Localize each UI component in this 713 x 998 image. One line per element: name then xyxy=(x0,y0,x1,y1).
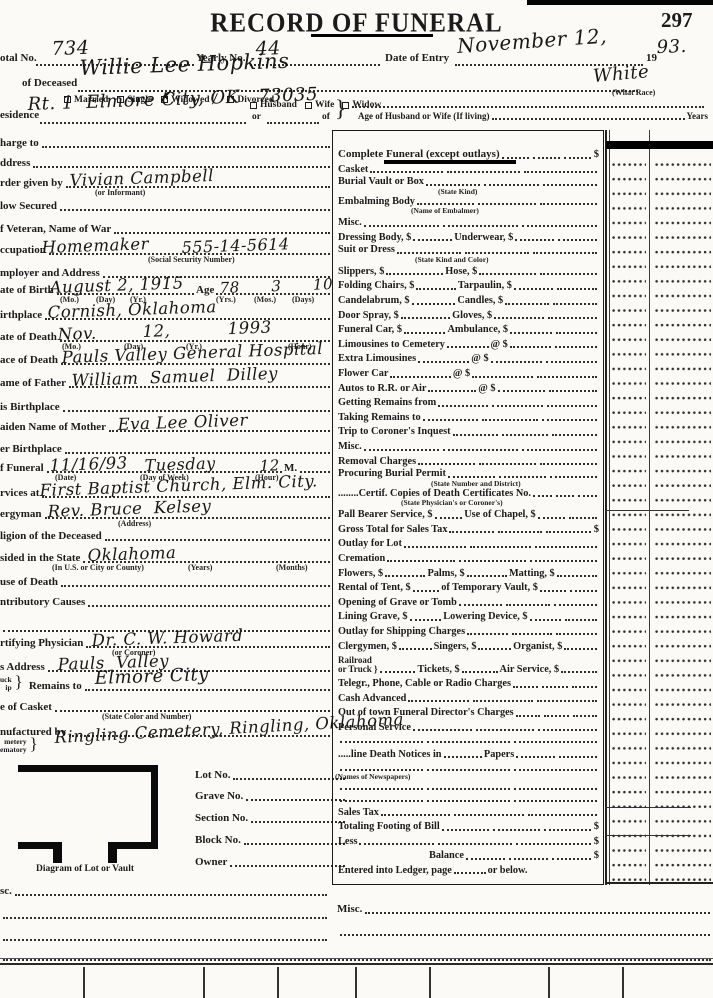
dotted-line xyxy=(390,376,450,378)
dotted-line xyxy=(61,585,330,587)
charge-item-label: Getting Remains from xyxy=(338,397,436,408)
dotted-line xyxy=(494,317,543,319)
column-rule xyxy=(605,130,607,885)
field-label: f Funeral xyxy=(0,462,44,474)
form-row xyxy=(0,907,327,920)
dotted-line xyxy=(522,449,597,451)
dotted-line xyxy=(397,252,461,254)
form-row: f Veteran, Name of War xyxy=(0,222,330,235)
charge-item-label: or below. xyxy=(488,865,528,876)
dotted-line xyxy=(359,843,433,845)
dotted-line xyxy=(557,288,597,290)
field-label: ate of Death xyxy=(0,331,57,343)
charge-item-row: Flower Car @ $ xyxy=(333,364,603,379)
charge-item-row: Pall Bearer Service, $ Use of Chapel, $ xyxy=(333,506,603,521)
diagram-line xyxy=(53,842,62,863)
blacked-out-amount-bar xyxy=(606,141,713,149)
field-label: rder given by xyxy=(0,177,63,189)
charge-item-row: Slippers, $ Hose, $ xyxy=(333,262,603,277)
dotted-line xyxy=(502,434,547,436)
charge-item-row xyxy=(333,779,603,791)
charge-item-label: Removal Charges xyxy=(338,456,416,467)
dotted-line xyxy=(467,575,507,577)
charge-item-label: Outlay for Shipping Charges xyxy=(338,626,465,637)
charge-item-row: Autos to R.R. or Air @ $ xyxy=(333,379,603,394)
dotted-line xyxy=(364,225,439,227)
checkbox-icon xyxy=(250,102,257,109)
charge-item-label: Suit or Dress xyxy=(338,244,395,255)
dotted-line xyxy=(267,122,319,124)
handwritten-value: Tuesday xyxy=(144,454,216,475)
dotted-line xyxy=(444,756,482,758)
dotted-line xyxy=(543,184,597,186)
form-row: ntributory Causes xyxy=(0,595,330,608)
charge-item-row: Gross Total for Sales Tax $ xyxy=(333,520,603,535)
field-sublabel: (State Color and Number) xyxy=(102,712,191,721)
dotted-line xyxy=(569,517,597,519)
charge-item-row: Misc. xyxy=(333,214,603,229)
charge-item-label: Flowers, $ xyxy=(338,568,383,579)
charge-item-label: Misc. xyxy=(338,217,362,228)
dotted-line xyxy=(537,376,597,378)
dotted-line xyxy=(427,800,510,802)
dotted-line xyxy=(476,729,535,731)
charge-item-label: Funeral Car, $ xyxy=(338,324,402,335)
dotted-line xyxy=(533,252,597,254)
dotted-line xyxy=(418,463,475,465)
remains-to-label: Remains to xyxy=(29,680,82,692)
form-row: ace of Death Pauls Valley General Hospit… xyxy=(0,353,330,366)
charge-item-label: Matting, $ xyxy=(509,568,555,579)
dotted-line xyxy=(510,346,552,348)
charge-item-label: Cash Advanced xyxy=(338,693,406,704)
dotted-line xyxy=(416,288,456,290)
dotted-line xyxy=(426,184,480,186)
column-rule xyxy=(609,130,610,885)
dotted-line xyxy=(513,686,538,688)
charge-item-row xyxy=(333,791,603,803)
dotted-line xyxy=(478,648,511,650)
dotted-line xyxy=(246,799,345,801)
race-sublabel: (What Race) xyxy=(612,88,655,97)
dotted-line xyxy=(544,715,568,717)
subtotal-rule xyxy=(605,807,691,808)
dollar-sign: $ xyxy=(594,149,599,160)
truck-ship-labels: uck ip xyxy=(0,676,12,692)
charge-item-label: Papers xyxy=(484,749,514,760)
charge-item-label: Flower Car xyxy=(338,368,388,379)
dotted-line xyxy=(478,203,535,205)
charge-item-row: Cremation xyxy=(333,549,603,564)
checkbox-icon xyxy=(305,102,312,109)
dotted-line xyxy=(514,741,597,743)
field-label: Grave No. xyxy=(195,790,243,802)
dotted-line xyxy=(443,225,518,227)
charge-item-label: Balance xyxy=(429,850,464,861)
checkbox-husband: Husband xyxy=(250,100,297,110)
charge-item-row: Taking Remains to xyxy=(333,408,603,423)
charge-item-label: Tarpaulin, $ xyxy=(458,280,512,291)
field-sublabel: (Address) xyxy=(118,519,151,528)
charge-item-label: Casket xyxy=(338,164,368,175)
charge-item-label: Candelabrum, $ xyxy=(338,295,410,306)
field-label: Misc. xyxy=(337,903,362,915)
charge-item-label: @ $ xyxy=(478,383,495,394)
title-underline xyxy=(311,34,433,37)
dotted-line xyxy=(558,239,597,241)
charge-item-row: Lining Grave, $ Lowering Device, $ xyxy=(333,608,603,623)
dotted-line xyxy=(230,865,345,867)
ledger-rule xyxy=(0,963,713,965)
field-sublabel: (Mos.) xyxy=(254,295,276,304)
dotted-line xyxy=(515,239,554,241)
dotted-line xyxy=(514,788,597,790)
charge-item-label: Organist, $ xyxy=(513,641,562,652)
dotted-line xyxy=(491,361,542,363)
charge-item-label: Door Spray, $ xyxy=(338,310,399,321)
charge-item-label: Slippers, $ xyxy=(338,266,384,277)
dotted-line xyxy=(516,756,554,758)
field-label: Owner xyxy=(195,856,227,868)
charge-item-label: Dressing Body, $ xyxy=(338,232,411,243)
charge-item-label: Air Service, $ xyxy=(500,664,560,675)
dotted-line xyxy=(479,463,536,465)
dotted-line xyxy=(544,829,591,831)
form-row: is Birthplace xyxy=(0,400,330,413)
dotted-line xyxy=(540,273,597,275)
dotted-line xyxy=(448,476,495,478)
charge-item-label: .....line Death Notices in xyxy=(338,749,442,760)
dotted-line xyxy=(505,303,549,305)
dotted-line xyxy=(3,917,327,919)
year-value: 93. xyxy=(656,36,687,58)
field-sublabel: (Yrs.) xyxy=(216,295,236,304)
form-row: irthplace Cornish, Oklahoma xyxy=(0,308,330,321)
charge-item-label: @ $ xyxy=(453,368,470,379)
charge-item-label: Underwear, $ xyxy=(454,232,513,243)
dotted-line xyxy=(340,934,710,936)
charge-item-label: Autos to R.R. or Air xyxy=(338,383,426,394)
dotted-line xyxy=(3,959,711,961)
dotted-line xyxy=(443,449,518,451)
dotted-line xyxy=(417,203,474,205)
charge-item-label: Folding Chairs, $ xyxy=(338,280,414,291)
charge-item-row: Getting Remains from xyxy=(333,394,603,409)
dotted-line xyxy=(546,531,590,533)
form-row: sided in the State Oklahoma (In U.S. or … xyxy=(0,551,330,564)
dotted-line xyxy=(3,939,327,941)
charge-item-row: Burial Vault or Box (State Kind) xyxy=(333,175,603,195)
form-row: low Secured xyxy=(0,199,330,212)
spouse-age-row: Age of Husband or Wife (If living) Years xyxy=(358,111,708,121)
charge-item-label: Lining Grave, $ xyxy=(338,611,408,622)
charge-item-row: Suit or Dress (State Kind and Color) xyxy=(333,243,603,263)
dollar-sign: $ xyxy=(594,836,599,847)
spouse-checkbox-row: Husband Wife Widow xyxy=(250,100,381,110)
charge-item-row: (Names of Newspapers) xyxy=(333,760,603,780)
dotted-line xyxy=(427,741,510,743)
dotted-line xyxy=(385,575,425,577)
field-label: irthplace xyxy=(0,309,42,321)
charge-item-row: Trip to Coroner's Inquest xyxy=(333,423,603,438)
dotted-line xyxy=(564,648,597,650)
field-label: sc. xyxy=(0,885,12,897)
dotted-line xyxy=(42,146,330,148)
dotted-line xyxy=(510,332,551,334)
dollar-sign: $ xyxy=(594,850,599,861)
dotted-line xyxy=(60,209,330,211)
dotted-line xyxy=(552,434,597,436)
field-label: ame of Father xyxy=(0,377,66,389)
dotted-line xyxy=(412,303,456,305)
dotted-line xyxy=(533,157,560,159)
charge-item-label: Rental of Tent, $ xyxy=(338,582,411,593)
charge-item-label: Candles, $ xyxy=(457,295,503,306)
dotted-line xyxy=(556,495,575,497)
charge-item-label: Procuring Burial Permit xyxy=(338,468,446,479)
form-row: ligion of the Deceased xyxy=(0,529,330,542)
dotted-line xyxy=(401,317,450,319)
charge-item-label: Entered into Ledger, page xyxy=(338,865,452,876)
dotted-line xyxy=(85,689,330,691)
handwritten-value: Homemaker xyxy=(41,234,149,257)
dotted-line xyxy=(498,531,542,533)
dotted-line xyxy=(550,476,597,478)
dotted-line xyxy=(449,531,493,533)
dollar-sign: $ xyxy=(594,821,599,832)
dotted-line xyxy=(553,303,597,305)
checkbox-wife: Wife xyxy=(305,100,334,110)
brace-glyph: } xyxy=(30,734,38,754)
dotted-line xyxy=(564,157,591,159)
dotted-line xyxy=(459,560,526,562)
dotted-line xyxy=(479,273,536,275)
dotted-line xyxy=(548,317,597,319)
form-row: e of Casket (State Color and Number) xyxy=(0,700,330,713)
dotted-line xyxy=(554,604,597,606)
field-label: rtifying Physician xyxy=(0,637,83,649)
dotted-line xyxy=(365,912,710,914)
charge-item-row: Complete Funeral (except outlays) $ xyxy=(333,137,603,160)
funeral-record-page: { "page": { "title": "RECORD OF FUNERAL"… xyxy=(0,0,713,998)
dotted-line xyxy=(340,769,423,771)
field-label: harge to xyxy=(0,137,39,149)
field-label: aiden Name of Mother xyxy=(0,421,106,433)
form-row: sc. xyxy=(0,884,327,897)
dotted-line xyxy=(423,419,478,421)
dotted-line xyxy=(447,171,520,173)
charge-item-label: Tickets, $ xyxy=(417,664,459,675)
charge-item-label: Extra Limousines xyxy=(338,353,416,364)
form-row: Section No. xyxy=(195,811,345,824)
deceased-label: of Deceased xyxy=(22,77,77,89)
field-label: Section No. xyxy=(195,812,248,824)
dotted-line xyxy=(555,346,597,348)
dotted-line xyxy=(472,376,532,378)
charge-item-row: Entered into Ledger, page or below. xyxy=(333,861,603,876)
handwritten-value: Oklahoma xyxy=(87,543,176,565)
field-label: f Veteran, Name of War xyxy=(0,223,111,235)
charge-item-label: Use of Chapel, $ xyxy=(464,509,536,520)
handwritten-value: 11/16/93 xyxy=(49,453,128,475)
dotted-line xyxy=(428,390,476,392)
dotted-line xyxy=(528,814,597,816)
field-sublabel: (Days) xyxy=(292,295,314,304)
charge-item-row: Outlay for Lot xyxy=(333,535,603,550)
years-label: Years xyxy=(687,111,709,121)
charge-item-row: Folding Chairs, $ Tarpaulin, $ xyxy=(333,277,603,292)
form-row: Block No. xyxy=(195,833,345,846)
form-row xyxy=(0,929,327,942)
form-row: rder given by Vivian Campbell (or Inform… xyxy=(0,176,330,189)
dotted-line xyxy=(533,495,552,497)
dotted-line xyxy=(542,419,597,421)
column-rule xyxy=(649,130,650,885)
dotted-line xyxy=(516,843,590,845)
diagram-line xyxy=(18,765,158,772)
form-row: ccupation Homemaker 555-14-5614 (Social … xyxy=(0,243,330,256)
field-label: Block No. xyxy=(195,834,241,846)
charge-item-label: Burial Vault or Box xyxy=(338,176,424,187)
dotted-line xyxy=(370,171,443,173)
form-row: ergyman Rev. Bruce Kelsey (Address) xyxy=(0,507,330,520)
amount-dotted-rows xyxy=(612,163,646,882)
charge-item-row: Casket xyxy=(333,160,603,175)
charge-item-row: Railroad or Truck } Tickets, $ Air Servi… xyxy=(333,652,603,675)
charge-item-row: Limousines to Cemetery @ $ xyxy=(333,335,603,350)
dotted-line xyxy=(386,273,443,275)
form-row: Owner xyxy=(195,855,345,868)
field-label: ddress xyxy=(0,157,30,169)
dotted-line xyxy=(535,546,597,548)
charge-item-label: Less xyxy=(338,836,357,847)
dotted-line xyxy=(459,604,502,606)
dotted-line xyxy=(404,546,466,548)
lot-diagram: Diagram of Lot or Vault xyxy=(0,760,170,875)
dotted-line xyxy=(556,332,597,334)
field-label: is Birthplace xyxy=(0,401,60,413)
dotted-line xyxy=(514,288,554,290)
cemetery-row: metery ematory } xyxy=(0,734,60,754)
page-number: 297 xyxy=(661,8,693,33)
charge-item-row: Totaling Footing of Bill $ xyxy=(333,818,603,833)
dotted-line xyxy=(516,715,540,717)
funeral-charges-box: Complete Funeral (except outlays) $ Cask… xyxy=(332,130,604,885)
charge-item-row: Procuring Burial Permit (State Number an… xyxy=(333,467,603,487)
charge-item-label: Lowering Device, $ xyxy=(443,611,527,622)
charge-item-label: Complete Funeral (except outlays) xyxy=(338,149,500,160)
dotted-line xyxy=(546,361,597,363)
field-label: use of Death xyxy=(0,576,58,588)
brace-glyph: } xyxy=(335,96,346,122)
dotted-line xyxy=(427,769,510,771)
charge-item-label: of Temporary Vault, $ xyxy=(441,582,538,593)
form-row: ate of Birth Age August 2, 1915 78 3 10 … xyxy=(0,283,330,296)
form-row: Misc. xyxy=(337,902,710,915)
subtotal-rule xyxy=(605,510,689,511)
dotted-line xyxy=(499,476,546,478)
charge-item-row: Clergymen, $ Singers, $ Organist, $ xyxy=(333,637,603,652)
dotted-line xyxy=(492,405,542,407)
charge-item-label: Telegr., Phone, Cable or Radio Charges xyxy=(338,678,511,689)
date-of-entry-label: Date of Entry xyxy=(385,52,449,64)
charge-item-label: Pall Bearer Service, $ xyxy=(338,509,433,520)
cemetery-crematory-labels: metery ematory xyxy=(0,738,27,754)
charge-item-label: Hose, $ xyxy=(445,266,477,277)
deceased-name: Willie Lee Hopkins xyxy=(79,49,290,80)
field-label: ergyman xyxy=(0,508,42,520)
form-row: aiden Name of Mother Eva Lee Oliver xyxy=(0,420,330,433)
dotted-line xyxy=(493,829,540,831)
dotted-line xyxy=(552,858,591,860)
dotted-line xyxy=(561,671,597,673)
dotted-line xyxy=(470,546,532,548)
form-row: use of Death xyxy=(0,575,330,588)
dotted-line xyxy=(540,463,597,465)
form-row: er Birthplace xyxy=(0,442,330,455)
charge-item-label: Railroad or Truck } xyxy=(338,656,378,675)
dotted-line xyxy=(557,575,597,577)
inline-label: Age xyxy=(194,284,216,296)
charge-item-row: Telegr., Phone, Cable or Radio Charges xyxy=(333,675,603,690)
form-row: Grave No. xyxy=(195,789,345,802)
charge-item-label: Limousines to Cemetery xyxy=(338,339,445,350)
dotted-line xyxy=(462,671,498,673)
charge-item-label: Cremation xyxy=(338,553,385,564)
dotted-line xyxy=(442,829,489,831)
race-value: White xyxy=(592,61,650,87)
bottom-rule xyxy=(605,882,713,884)
field-sublabel: (Months) xyxy=(276,563,308,572)
handwritten-value: 555-14-5614 xyxy=(181,234,290,257)
field-sublabel: (Social Security Number) xyxy=(148,255,235,264)
ledger-header-row xyxy=(0,972,713,998)
brace-glyph: } xyxy=(15,672,23,692)
dotted-line xyxy=(251,821,345,823)
dotted-line xyxy=(573,715,597,717)
charge-item-label: Embalming Body xyxy=(338,196,415,207)
charge-item-label: Gloves, $ xyxy=(452,310,492,321)
dotted-line xyxy=(502,157,529,159)
total-no-label: otal No. xyxy=(0,52,37,64)
charge-item-row xyxy=(333,733,603,745)
spouse-age-label: Age of Husband or Wife (If living) xyxy=(358,111,490,121)
scan-edge-bar xyxy=(527,0,713,5)
charge-item-row: Extra Limousines @ $ xyxy=(333,350,603,365)
form-row xyxy=(0,949,711,962)
form-row: rtifying Physician Dr. C. W. Howard (or … xyxy=(0,636,330,649)
charge-item-row: .....line Death Notices in Papers xyxy=(333,745,603,760)
dotted-line xyxy=(55,710,330,712)
dotted-line xyxy=(340,800,423,802)
charge-item-row: Misc. xyxy=(333,437,603,452)
charge-item-row: Candelabrum, $ Candles, $ xyxy=(333,291,603,306)
dotted-line xyxy=(410,619,442,621)
or-label: or xyxy=(252,112,261,122)
field-label: low Secured xyxy=(0,200,57,212)
field-label: ccupation xyxy=(0,244,46,256)
dotted-line xyxy=(435,517,463,519)
charge-item-label: Outlay for Lot xyxy=(338,538,402,549)
dotted-line xyxy=(467,633,508,635)
field-label: e of Casket xyxy=(0,701,52,713)
dotted-line xyxy=(381,814,450,816)
dotted-line xyxy=(105,539,330,541)
charge-item-label: Ambulance, $ xyxy=(447,324,508,335)
dotted-line xyxy=(530,560,597,562)
charge-item-label: ........Certif. Copies of Death Certific… xyxy=(338,488,531,499)
dotted-line xyxy=(578,495,597,497)
